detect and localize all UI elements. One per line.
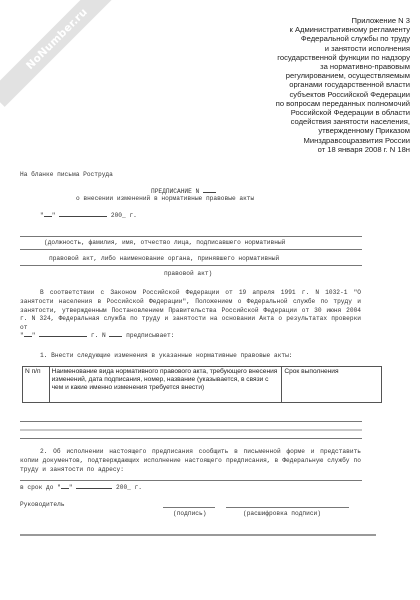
quote-close: " bbox=[32, 332, 36, 339]
appendix-line: Российской Федерации в области bbox=[190, 108, 410, 117]
changes-table: N п/п Наименование вида нормативного пра… bbox=[22, 366, 382, 403]
addressee-line-2 bbox=[20, 249, 362, 250]
document-date: "" 200_ г. bbox=[40, 210, 137, 219]
month-blank bbox=[59, 210, 107, 217]
prescribes-text: предписывает: bbox=[126, 332, 174, 339]
appendix-line: регулированием, осуществляемым bbox=[190, 71, 410, 80]
table-after-line-2 bbox=[20, 429, 362, 431]
appendix-header: Приложение N 3 к Административному регла… bbox=[190, 16, 410, 154]
preamble-paragraph: В соответствии с Законом Российской Феде… bbox=[20, 289, 361, 333]
deadline-line: в срок до "" 200_ г. bbox=[20, 482, 142, 491]
appendix-line: Минздравсоцразвития России bbox=[190, 136, 410, 145]
preamble-text: В соответствии с Законом Российской Феде… bbox=[20, 289, 361, 331]
preamble-tail: "" г. N предписывает: bbox=[20, 330, 174, 339]
number-blank bbox=[203, 186, 216, 193]
appendix-line: от 18 января 2008 г. N 18н bbox=[190, 145, 410, 154]
deadline-prefix: в срок до " bbox=[20, 484, 61, 491]
page-bottom-rule bbox=[20, 534, 376, 536]
signature-hint: (подпись) bbox=[173, 510, 206, 517]
quote-close: " bbox=[69, 484, 73, 491]
appendix-line: за нормативно-правовым bbox=[190, 62, 410, 71]
addressee-line-3 bbox=[20, 265, 362, 266]
act-day-blank bbox=[24, 330, 32, 337]
year-text: 200_ г. bbox=[111, 212, 137, 219]
header-number: N п/п bbox=[23, 367, 50, 403]
header-act-name: Наименование вида нормативного правового… bbox=[49, 367, 282, 403]
addressee-hint-3: правовой акт) bbox=[164, 270, 212, 277]
day-blank bbox=[44, 210, 52, 217]
appendix-line: по вопросам переданных полномочий bbox=[190, 99, 410, 108]
appendix-line: к Административному регламенту bbox=[190, 25, 410, 34]
signature-decode-line bbox=[226, 507, 349, 508]
signature-decode-hint: (расшифровка подписи) bbox=[243, 510, 321, 517]
document-title: ПРЕДПИСАНИЕ N bbox=[151, 186, 216, 195]
appendix-line: органами государственной власти bbox=[190, 80, 410, 89]
item-2-text: 2. Об исполнении настоящего предписания … bbox=[20, 448, 361, 473]
table-header-row: N п/п Наименование вида нормативного пра… bbox=[23, 367, 382, 403]
address-line bbox=[20, 480, 362, 481]
signature-line bbox=[163, 507, 215, 508]
title-text: ПРЕДПИСАНИЕ N bbox=[151, 188, 199, 195]
appendix-line: субъектов Российской Федерации bbox=[190, 90, 410, 99]
item-1: 1. Внести следующие изменения в указанны… bbox=[40, 352, 293, 359]
watermark-banner: NoNumber.ru bbox=[0, 0, 125, 107]
item-2-paragraph: 2. Об исполнении настоящего предписания … bbox=[20, 448, 361, 474]
addressee-hint-1: (должность, фамилия, имя, отчество лица,… bbox=[44, 239, 285, 246]
appendix-line: утвержденному Приказом bbox=[190, 126, 410, 135]
header-deadline: Срок выполнения bbox=[282, 367, 382, 403]
deadline-month-blank bbox=[76, 482, 112, 489]
document-subtitle: о внесении изменений в нормативные право… bbox=[76, 195, 254, 202]
document-page: NoNumber.ru Приложение N 3 к Администрат… bbox=[0, 0, 420, 600]
appendix-line: государственной функции по надзору bbox=[190, 53, 410, 62]
signatory-role: Руководитель bbox=[20, 501, 65, 508]
letterhead-note: На бланке письма Роструда bbox=[20, 171, 113, 178]
deadline-day-blank bbox=[61, 482, 69, 489]
act-number-blank bbox=[109, 330, 122, 337]
act-month-blank bbox=[39, 330, 87, 337]
appendix-line: содействия занятости населения, bbox=[190, 117, 410, 126]
appendix-line: Приложение N 3 bbox=[190, 16, 410, 25]
table-after-line-3 bbox=[20, 438, 362, 439]
act-number-label: г. N bbox=[91, 332, 106, 339]
addressee-hint-2: правовой акт, либо наименование органа, … bbox=[49, 255, 279, 262]
table-after-line-1 bbox=[20, 421, 362, 422]
appendix-line: Федеральной службы по труду bbox=[190, 34, 410, 43]
addressee-line-1 bbox=[20, 236, 362, 237]
deadline-year: 200_ г. bbox=[116, 484, 142, 491]
quote-close: " bbox=[52, 212, 56, 219]
appendix-line: и занятости исполнения bbox=[190, 44, 410, 53]
